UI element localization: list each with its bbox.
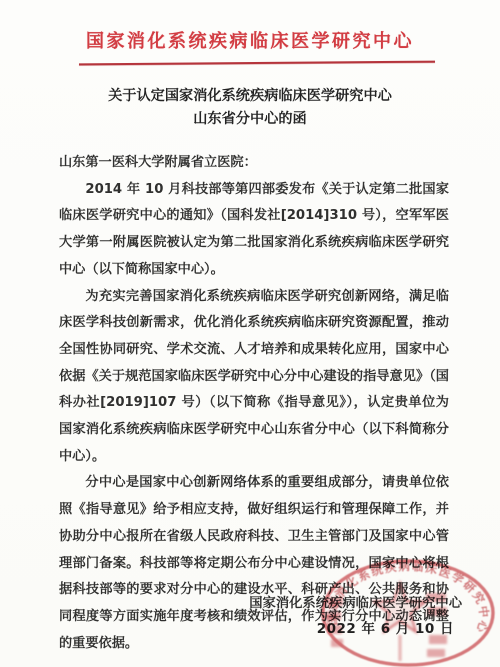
letterhead-divider	[79, 61, 435, 66]
seal-star-icon	[374, 583, 425, 632]
paragraph-1: 2014 年 10 月科技部等第四部委发布《关于认定第二批国家临床医学研究中心的…	[59, 177, 449, 284]
paragraph-2: 为充实完善国家消化系统疾病临床医学研究创新网络，满足临床医学科技创新需求，优化消…	[59, 284, 449, 471]
document-title-line1: 关于认定国家消化系统疾病临床医学研究中心	[0, 85, 500, 108]
letter-page: 国家消化系统疾病临床医学研究中心 关于认定国家消化系统疾病临床医学研究中心 山东…	[0, 0, 500, 667]
document-title-line2: 山东省分中心的函	[0, 108, 500, 131]
official-seal-stamp: 国家消化系统疾病临床医学研究中心	[313, 551, 500, 667]
seal-right-smudge-marks	[426, 593, 447, 657]
document-title: 关于认定国家消化系统疾病临床医学研究中心 山东省分中心的函	[0, 85, 500, 131]
seal-star-tail-mark	[399, 635, 402, 661]
salutation: 山东第一医科大学附属省立医院：	[59, 150, 449, 177]
letterhead-org-name: 国家消化系统疾病临床医学研究中心	[0, 27, 500, 53]
